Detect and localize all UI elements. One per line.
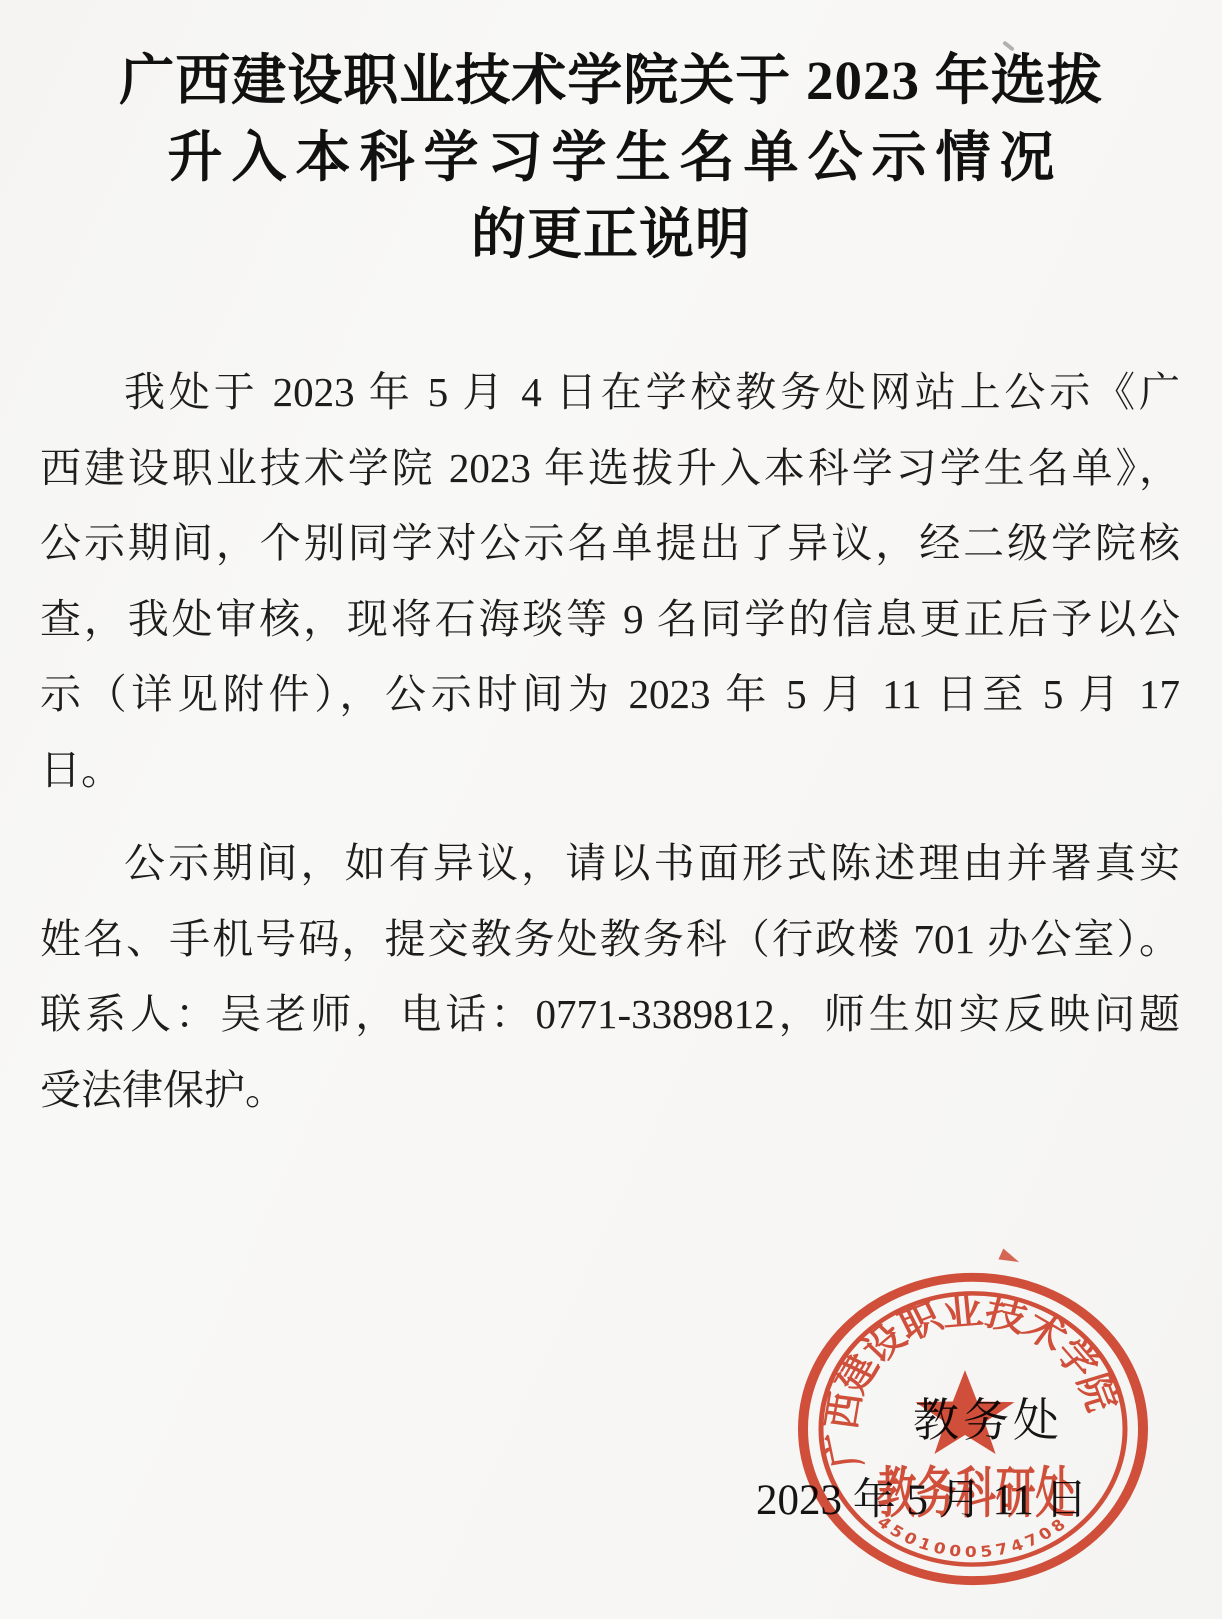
- document-page: 广西建设职业技术学院关于 2023 年选拔升入本科学习学生名单公示情况的更正说明…: [0, 0, 1222, 1619]
- seal-graphic: 广西建设职业技术学院 教务科研处 4501000574708: [797, 1272, 1149, 1586]
- paragraph-2: 公示期间，如有异议，请以书面形式陈述理由并署真实姓名、手机号码，提交教务处教务科…: [40, 826, 1180, 1128]
- body-line: 公示期间，个别同学对公示名单提出了异议，经二级学院核: [40, 506, 1180, 582]
- body-line: 我处于 2023 年 5 月 4 日在学校教务处网站上公示《广: [40, 355, 1180, 431]
- official-seal-stamp: 广西建设职业技术学院 教务科研处 4501000574708: [797, 1272, 1149, 1586]
- body-line: 西建设职业技术学院 2023 年选拔升入本科学习学生名单》，: [40, 431, 1180, 507]
- seal-arc-text: 广西建设职业技术学院: [819, 1291, 1125, 1471]
- title-line: 广西建设职业技术学院关于 2023 年选拔: [0, 42, 1222, 119]
- star-icon: [916, 1370, 1015, 1454]
- paragraph-1: 我处于 2023 年 5 月 4 日在学校教务处网站上公示《广西建设职业技术学院…: [40, 355, 1180, 808]
- document-body: 我处于 2023 年 5 月 4 日在学校教务处网站上公示《广西建设职业技术学院…: [40, 355, 1180, 1128]
- body-line: 受法律保护。: [40, 1053, 1180, 1129]
- title-line: 升入本科学习学生名单公示情况: [0, 119, 1222, 196]
- document-title: 广西建设职业技术学院关于 2023 年选拔升入本科学习学生名单公示情况的更正说明: [0, 42, 1222, 273]
- body-line: 公示期间，如有异议，请以书面形式陈述理由并署真实: [40, 826, 1180, 902]
- body-line: 联系人：吴老师，电话：0771-3389812，师生如实反映问题: [40, 977, 1180, 1053]
- body-line: 日。: [40, 733, 1180, 809]
- body-line: 示（详见附件），公示时间为 2023 年 5 月 11 日至 5 月 17: [40, 657, 1180, 733]
- ink-fleck: [998, 1248, 1021, 1267]
- body-line: 查，我处审核，现将石海琰等 9 名同学的信息更正后予以公: [40, 582, 1180, 658]
- body-line: 姓名、手机号码，提交教务处教务科（行政楼 701 办公室）。: [40, 902, 1180, 978]
- title-line: 的更正说明: [0, 196, 1222, 273]
- seal-center-text: 教务科研处: [877, 1464, 1075, 1525]
